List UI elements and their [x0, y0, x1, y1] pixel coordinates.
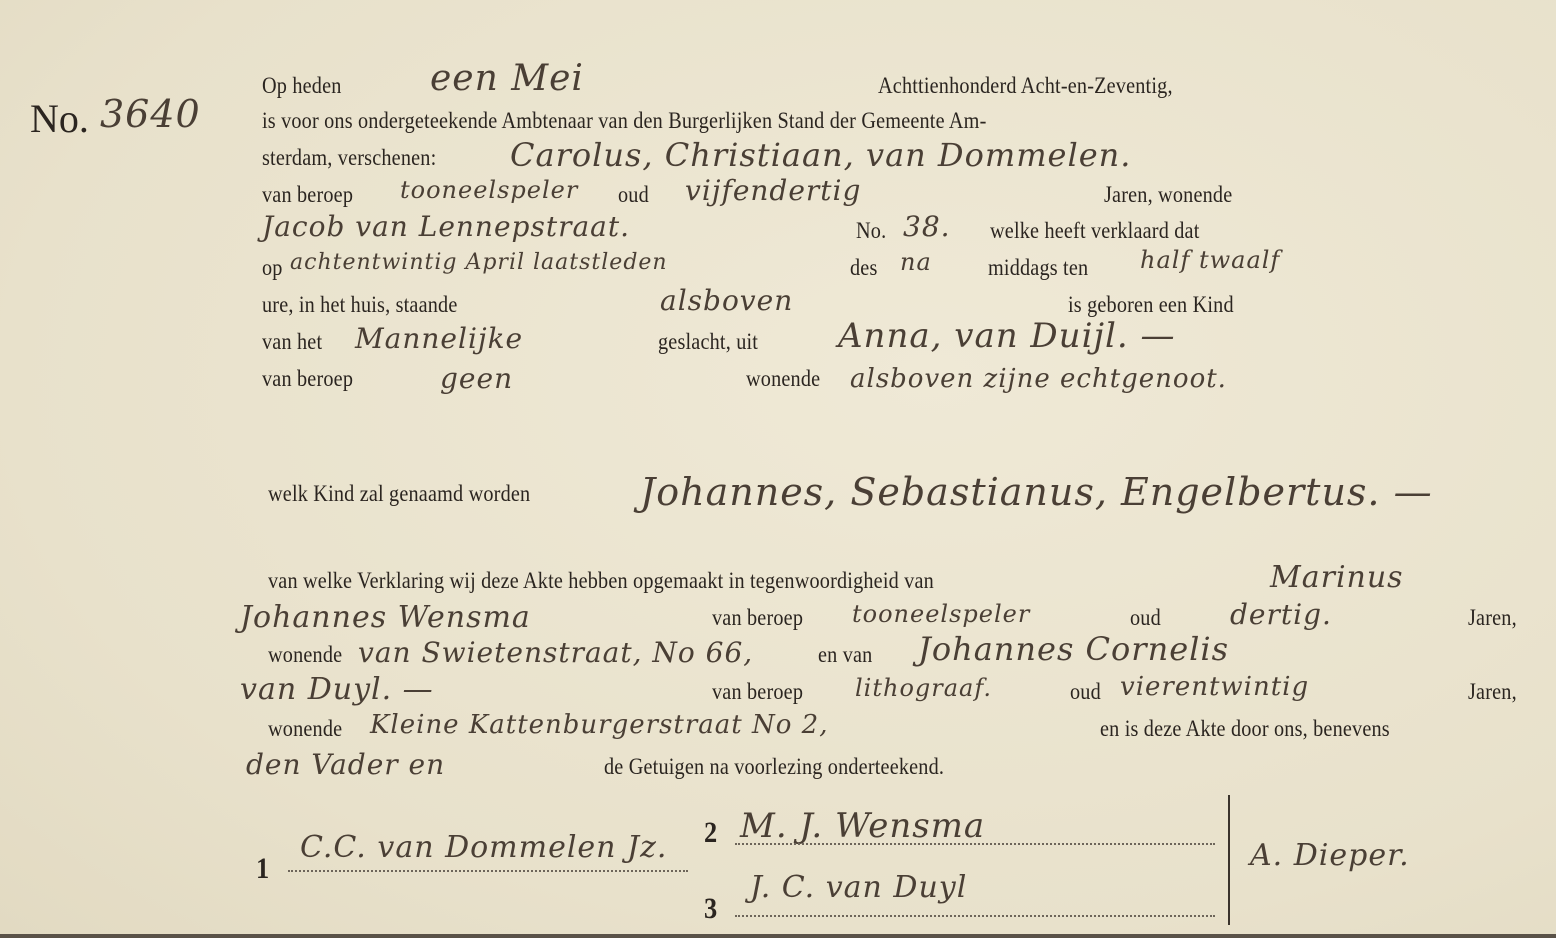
- hand-mother-residence: alsboven zijne echtgenoot.: [850, 364, 1227, 394]
- hand-father-age: vijfendertig: [685, 174, 861, 207]
- signature-official: A. Dieper.: [1250, 838, 1410, 873]
- document-page: No. 3640 Op heden een Mei Achttienhonder…: [0, 0, 1556, 938]
- printed-wonende-2: wonende: [268, 642, 342, 668]
- hand-date: een Mei: [430, 58, 584, 99]
- printed-en-van: en van: [818, 642, 872, 668]
- printed-van-het: van het: [262, 329, 322, 355]
- hand-birth-date: achtentwintig April laatstleden: [290, 250, 668, 275]
- signature-number-1: 1: [256, 852, 269, 886]
- signature-number-3: 3: [704, 892, 717, 926]
- printed-genaamd: welk Kind zal genaamd worden: [268, 481, 530, 507]
- printed-jaren-3: Jaren,: [1468, 679, 1517, 705]
- printed-year: Achttienhonderd Acht-en-Zeventig,: [878, 73, 1173, 99]
- printed-oud: oud: [618, 182, 649, 208]
- printed-line-2: is voor ons ondergeteekende Ambtenaar va…: [262, 108, 987, 134]
- hand-father-profession: tooneelspeler: [400, 176, 578, 204]
- hand-child-name: Johannes, Sebastianus, Engelbertus. —: [640, 470, 1433, 514]
- signature-brace: [1228, 795, 1230, 925]
- printed-van-beroep-3: van beroep: [712, 605, 803, 631]
- signature-line-1: [288, 870, 688, 872]
- hand-witness2-first: Johannes Cornelis: [918, 630, 1229, 668]
- hand-birth-hour: half twaalf: [1140, 246, 1280, 274]
- printed-jaren-2: Jaren,: [1468, 605, 1517, 631]
- hand-father-name: Carolus, Christiaan, van Dommelen.: [510, 136, 1131, 174]
- printed-geslacht: geslacht, uit: [658, 329, 758, 355]
- hand-witness1-profession: tooneelspeler: [852, 600, 1030, 628]
- printed-akte-ons: en is deze Akte door ons, benevens: [1100, 716, 1390, 742]
- printed-onderteekend: de Getuigen na voorlezing onderteekend.: [604, 754, 944, 780]
- printed-des: des: [850, 255, 878, 281]
- hand-sex: Mannelijke: [355, 322, 523, 355]
- signature-line-3: [735, 915, 1215, 917]
- hand-witness2-rest: van Duyl. —: [240, 672, 434, 707]
- signature-father: C.C. van Dommelen Jz.: [300, 830, 667, 865]
- printed-van-beroep: van beroep: [262, 182, 353, 208]
- bottom-rule: [0, 934, 1556, 938]
- hand-witness2-profession: lithograaf.: [855, 674, 992, 702]
- printed-verklaard: welke heeft verklaard dat: [990, 218, 1200, 244]
- signature-witness-1: M. J. Wensma: [740, 806, 985, 846]
- hand-witness1-first: Marinus: [1270, 560, 1404, 595]
- printed-verschenen: sterdam, verschenen:: [262, 145, 436, 171]
- record-number-label: No.: [30, 95, 89, 142]
- hand-witness1-rest: Johannes Wensma: [240, 600, 531, 635]
- printed-verklaring: van welke Verklaring wij deze Akte hebbe…: [268, 568, 934, 594]
- hand-father-street: Jacob van Lennepstraat.: [262, 210, 630, 243]
- hand-na: na: [900, 248, 932, 276]
- hand-house-number: 38.: [903, 210, 951, 243]
- printed-wonende: wonende: [746, 366, 820, 392]
- hand-witness1-age: dertig.: [1230, 598, 1332, 631]
- hand-witness2-age: vierentwintig: [1120, 672, 1309, 702]
- printed-middags: middags ten: [988, 255, 1088, 281]
- printed-ure-huis: ure, in het huis, staande: [262, 292, 458, 318]
- hand-witness2-street: Kleine Kattenburgerstraat No 2,: [370, 710, 828, 740]
- printed-no: No.: [856, 218, 886, 244]
- hand-witness1-street: van Swietenstraat, No 66,: [358, 636, 753, 669]
- printed-geboren: is geboren een Kind: [1068, 292, 1234, 318]
- printed-op: op: [262, 255, 283, 281]
- signature-line-2: [735, 843, 1215, 845]
- hand-mother-name: Anna, van Duijl. —: [838, 316, 1175, 356]
- printed-oud-3: oud: [1070, 679, 1101, 705]
- printed-jaren-wonende: Jaren, wonende: [1104, 182, 1232, 208]
- signature-number-2: 2: [704, 816, 717, 850]
- signature-witness-2: J. C. van Duyl: [750, 870, 967, 905]
- printed-op-heden: Op heden: [262, 73, 342, 99]
- hand-mother-profession: geen: [440, 362, 513, 395]
- printed-oud-2: oud: [1130, 605, 1161, 631]
- hand-den-vader: den Vader en: [246, 748, 445, 781]
- printed-van-beroep-4: van beroep: [712, 679, 803, 705]
- hand-birth-place: alsboven: [660, 284, 793, 317]
- printed-van-beroep-2: van beroep: [262, 366, 353, 392]
- printed-wonende-3: wonende: [268, 716, 342, 742]
- record-number: 3640: [100, 92, 201, 136]
